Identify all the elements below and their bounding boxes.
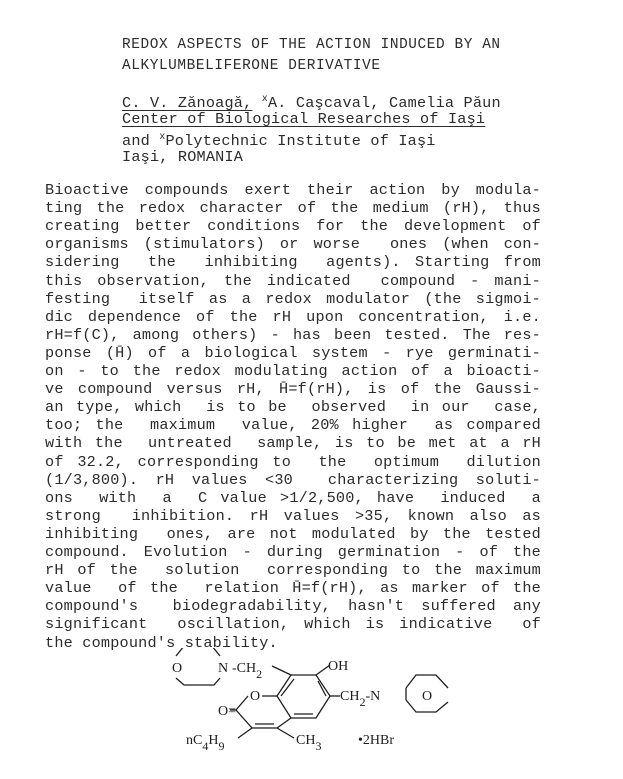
abstract-line: this observation, the indicated compound…	[45, 272, 541, 290]
abstract-line: sidering the inhibiting agents). Startin…	[45, 253, 541, 271]
abstract-line: value of the relation H̄=f(rH), as marke…	[45, 579, 541, 597]
abstract-line: ponse (H̄) of a biological system - rye …	[45, 344, 541, 362]
abstract-line: organisms (stimulators) or worse ones (w…	[45, 235, 541, 253]
abstract-line: Bioactive compounds exert their action b…	[45, 181, 541, 199]
butyl-group: nC4H9	[186, 733, 224, 753]
nitrogen-left: N	[218, 661, 228, 676]
ring-oxygen-left: O	[172, 661, 182, 676]
authors-line: C. V. Zănoagă, xA. Caşcaval, Camelia Pău…	[122, 91, 501, 112]
location: Iaşi, ROMANIA	[122, 148, 243, 166]
chemical-structure-diagram: O N -CH2 OH O CH2-N O O= nC4H9 CH3 •2HBr	[160, 648, 460, 776]
abstract-line: too; the maximum value, 20% higher as co…	[45, 416, 541, 434]
carbonyl-oxygen: O=	[218, 704, 236, 719]
affiliation-1: Center of Biological Researches of Iaşi	[122, 110, 485, 128]
title-line-2: ALKYLUMBELIFERONE DERIVATIVE	[122, 57, 381, 75]
abstract-line: ting the redox character of the medium (…	[45, 199, 541, 217]
abstract-line: strong inhibition. rH values >35, known …	[45, 507, 541, 525]
hydroxyl-group: OH	[328, 659, 348, 674]
title-line-1: REDOX ASPECTS OF THE ACTION INDUCED BY A…	[122, 36, 501, 54]
abstract-line: creating better conditions for the devel…	[45, 217, 541, 235]
ch2-left: -CH2	[232, 661, 262, 681]
affiliation-2: and xPolytechnic Institute of Iaşi	[122, 129, 436, 150]
ring-oxygen-right: O	[422, 689, 432, 704]
abstract-line: festing itself as a redox modulator (the…	[45, 290, 541, 308]
abstract-line: rH of the solution corresponding to the …	[45, 561, 541, 579]
lactone-oxygen: O	[250, 689, 260, 704]
hydrobromide-salt: •2HBr	[358, 733, 394, 748]
abstract-line: compound. Evolution - during germination…	[45, 543, 541, 561]
methyl-group: CH3	[296, 733, 321, 753]
abstract-line: ons with a C value >1/2,500, have induce…	[45, 489, 541, 507]
abstract-line: with the untreated sample, is to be met …	[45, 434, 541, 452]
abstract-line: an type, which is to be observed in our …	[45, 398, 541, 416]
abstract-line: on - to the redox modulating action of a…	[45, 362, 541, 380]
abstract-line: compound's biodegradability, hasn't suff…	[45, 597, 541, 615]
ch2-right: CH2-N	[340, 689, 380, 709]
abstract-line: inhibiting ones, are not modulated by th…	[45, 525, 541, 543]
document-page: REDOX ASPECTS OF THE ACTION INDUCED BY A…	[0, 0, 623, 779]
abstract-line: dic dependence of the rH upon concentrat…	[45, 308, 541, 326]
abstract-line: rH=f(C), among others) - has been tested…	[45, 326, 541, 344]
abstract-line: significant oscillation, which is indica…	[45, 615, 541, 633]
abstract-line: ve compound versus rH, H̄=f(rH), is of t…	[45, 380, 541, 398]
abstract-line: of 32.2, corresponding to the optimum di…	[45, 453, 541, 471]
abstract-line: (1/3,800). rH values <30 characterizing …	[45, 471, 541, 489]
